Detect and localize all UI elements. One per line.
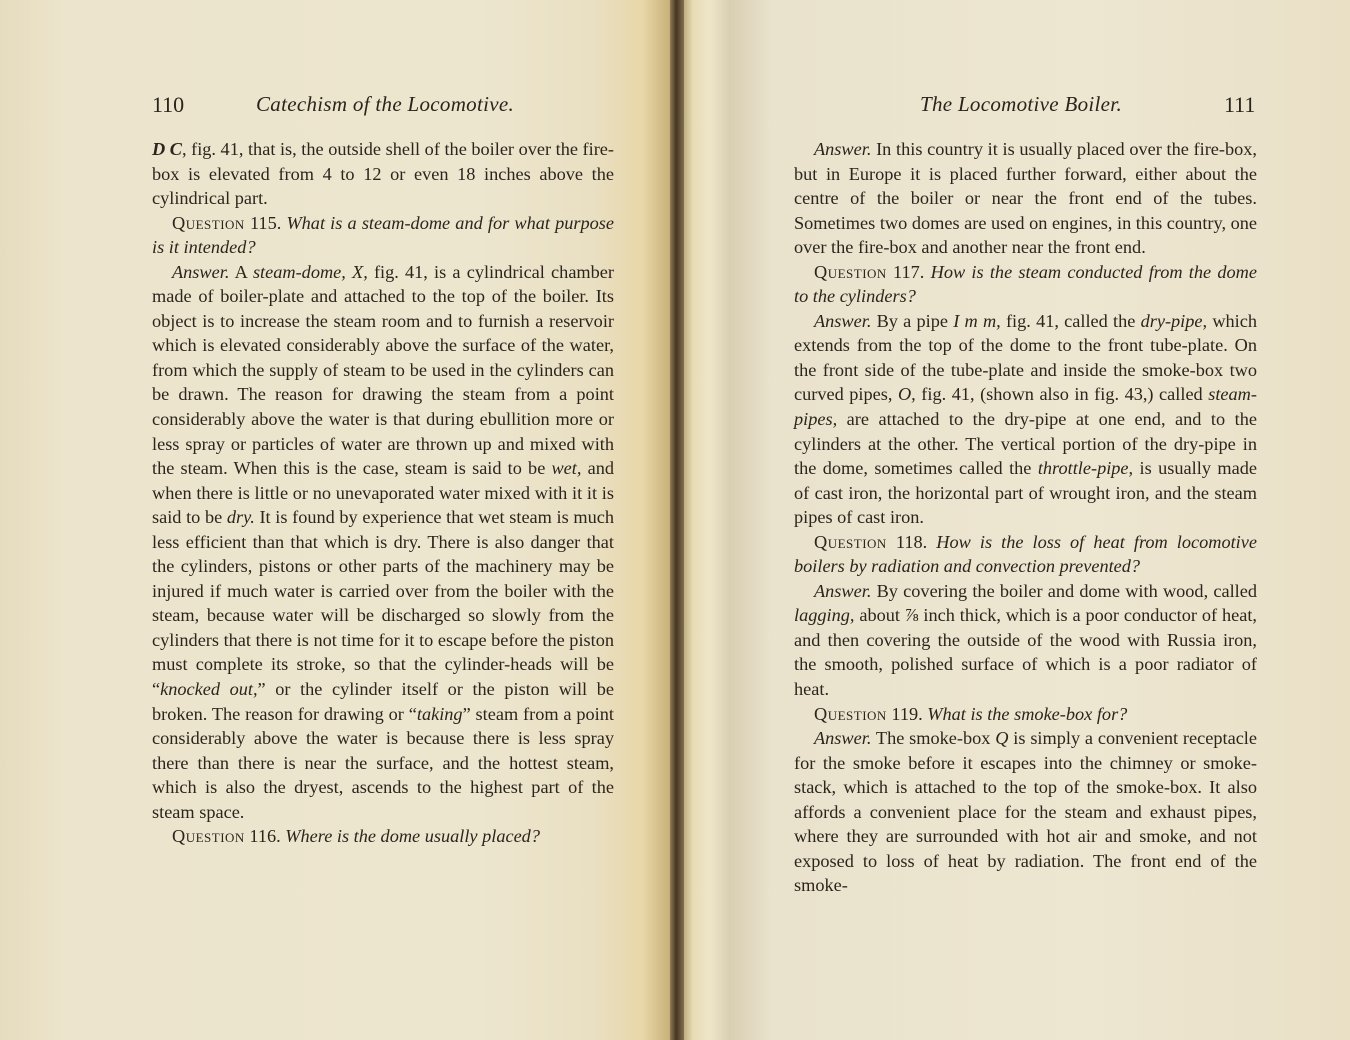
emphasis-text: lagging,	[794, 605, 854, 625]
emphasis-text: knocked out,	[160, 679, 257, 699]
right-page: The Locomotive Boiler. 111 Answer. In th…	[676, 0, 1350, 1040]
body-text: The smoke-box	[871, 728, 995, 748]
text-paragraph: D C, fig. 41, that is, the outside shell…	[152, 137, 614, 211]
emphasis-text: steam-dome, X,	[253, 262, 368, 282]
body-text: A	[229, 262, 253, 282]
emphasis-text: Where is the dome usually placed?	[285, 826, 540, 846]
answer-paragraph: Answer. A steam-dome, X, fig. 41, is a c…	[152, 260, 614, 825]
emphasis-text: dry-pipe,	[1141, 311, 1208, 331]
body-text: , fig. 41, that is, the outside shell of…	[152, 139, 614, 208]
question-paragraph: Question 118. How is the loss of heat fr…	[794, 530, 1257, 579]
left-page: 110 Catechism of the Locomotive. D C, fi…	[0, 0, 676, 1040]
body-text: It is found by experience that wet steam…	[152, 507, 614, 699]
book-spread: 110 Catechism of the Locomotive. D C, fi…	[0, 0, 1350, 1040]
emphasis-text: I m m,	[953, 311, 1001, 331]
running-head: The Locomotive Boiler.	[920, 92, 1122, 117]
body-text: fig. 41, is a cylindrical chamber made o…	[152, 262, 614, 478]
body-text: 119.	[887, 704, 927, 724]
question-label: Question	[814, 532, 887, 552]
emphasis-text: dry.	[227, 507, 255, 527]
question-label: Question	[814, 704, 887, 724]
body-text: 117.	[887, 262, 931, 282]
emphasis-text: D C	[152, 139, 182, 159]
question-paragraph: Question 116. Where is the dome usually …	[152, 824, 614, 849]
answer-paragraph: Answer. By a pipe I m m, fig. 41, called…	[794, 309, 1257, 530]
emphasis-text: Answer.	[814, 311, 871, 331]
question-label: Question	[814, 262, 887, 282]
running-head: Catechism of the Locomotive.	[256, 92, 514, 117]
body-text: By covering the boiler and dome with woo…	[871, 581, 1257, 601]
book-gutter	[670, 0, 684, 1040]
body-text: 116.	[245, 826, 285, 846]
left-page-body: D C, fig. 41, that is, the outside shell…	[152, 137, 614, 849]
question-paragraph: Question 119. What is the smoke-box for?	[794, 702, 1257, 727]
body-text: fig. 41, called the	[1001, 311, 1141, 331]
body-text: By a pipe	[871, 311, 953, 331]
question-label: Question	[172, 213, 245, 233]
answer-paragraph: Answer. In this country it is usually pl…	[794, 137, 1257, 260]
emphasis-text: Q	[995, 728, 1008, 748]
emphasis-text: What is the smoke-box for?	[927, 704, 1127, 724]
emphasis-text: throttle-pipe,	[1038, 458, 1133, 478]
body-text: about ⅞ inch thick, which is a poor cond…	[794, 605, 1257, 699]
answer-paragraph: Answer. The smoke-box Q is simply a conv…	[794, 726, 1257, 898]
question-label: Question	[172, 826, 245, 846]
page-number: 110	[152, 92, 184, 118]
emphasis-text: Answer.	[814, 728, 871, 748]
question-paragraph: Question 117. How is the steam conducted…	[794, 260, 1257, 309]
emphasis-text: Answer.	[814, 581, 871, 601]
body-text: 118.	[887, 532, 936, 552]
right-page-body: Answer. In this country it is usually pl…	[794, 137, 1257, 898]
body-text: is simply a convenient receptacle for th…	[794, 728, 1257, 895]
answer-paragraph: Answer. By covering the boiler and dome …	[794, 579, 1257, 702]
question-paragraph: Question 115. What is a steam-dome and f…	[152, 211, 614, 260]
emphasis-text: O,	[898, 384, 916, 404]
emphasis-text: taking	[417, 704, 463, 724]
emphasis-text: Answer.	[814, 139, 871, 159]
body-text: fig. 41, (shown also in fig. 43,) called	[916, 384, 1208, 404]
page-number: 111	[1224, 92, 1255, 118]
body-text: 115.	[245, 213, 287, 233]
emphasis-text: wet,	[551, 458, 581, 478]
emphasis-text: Answer.	[172, 262, 229, 282]
